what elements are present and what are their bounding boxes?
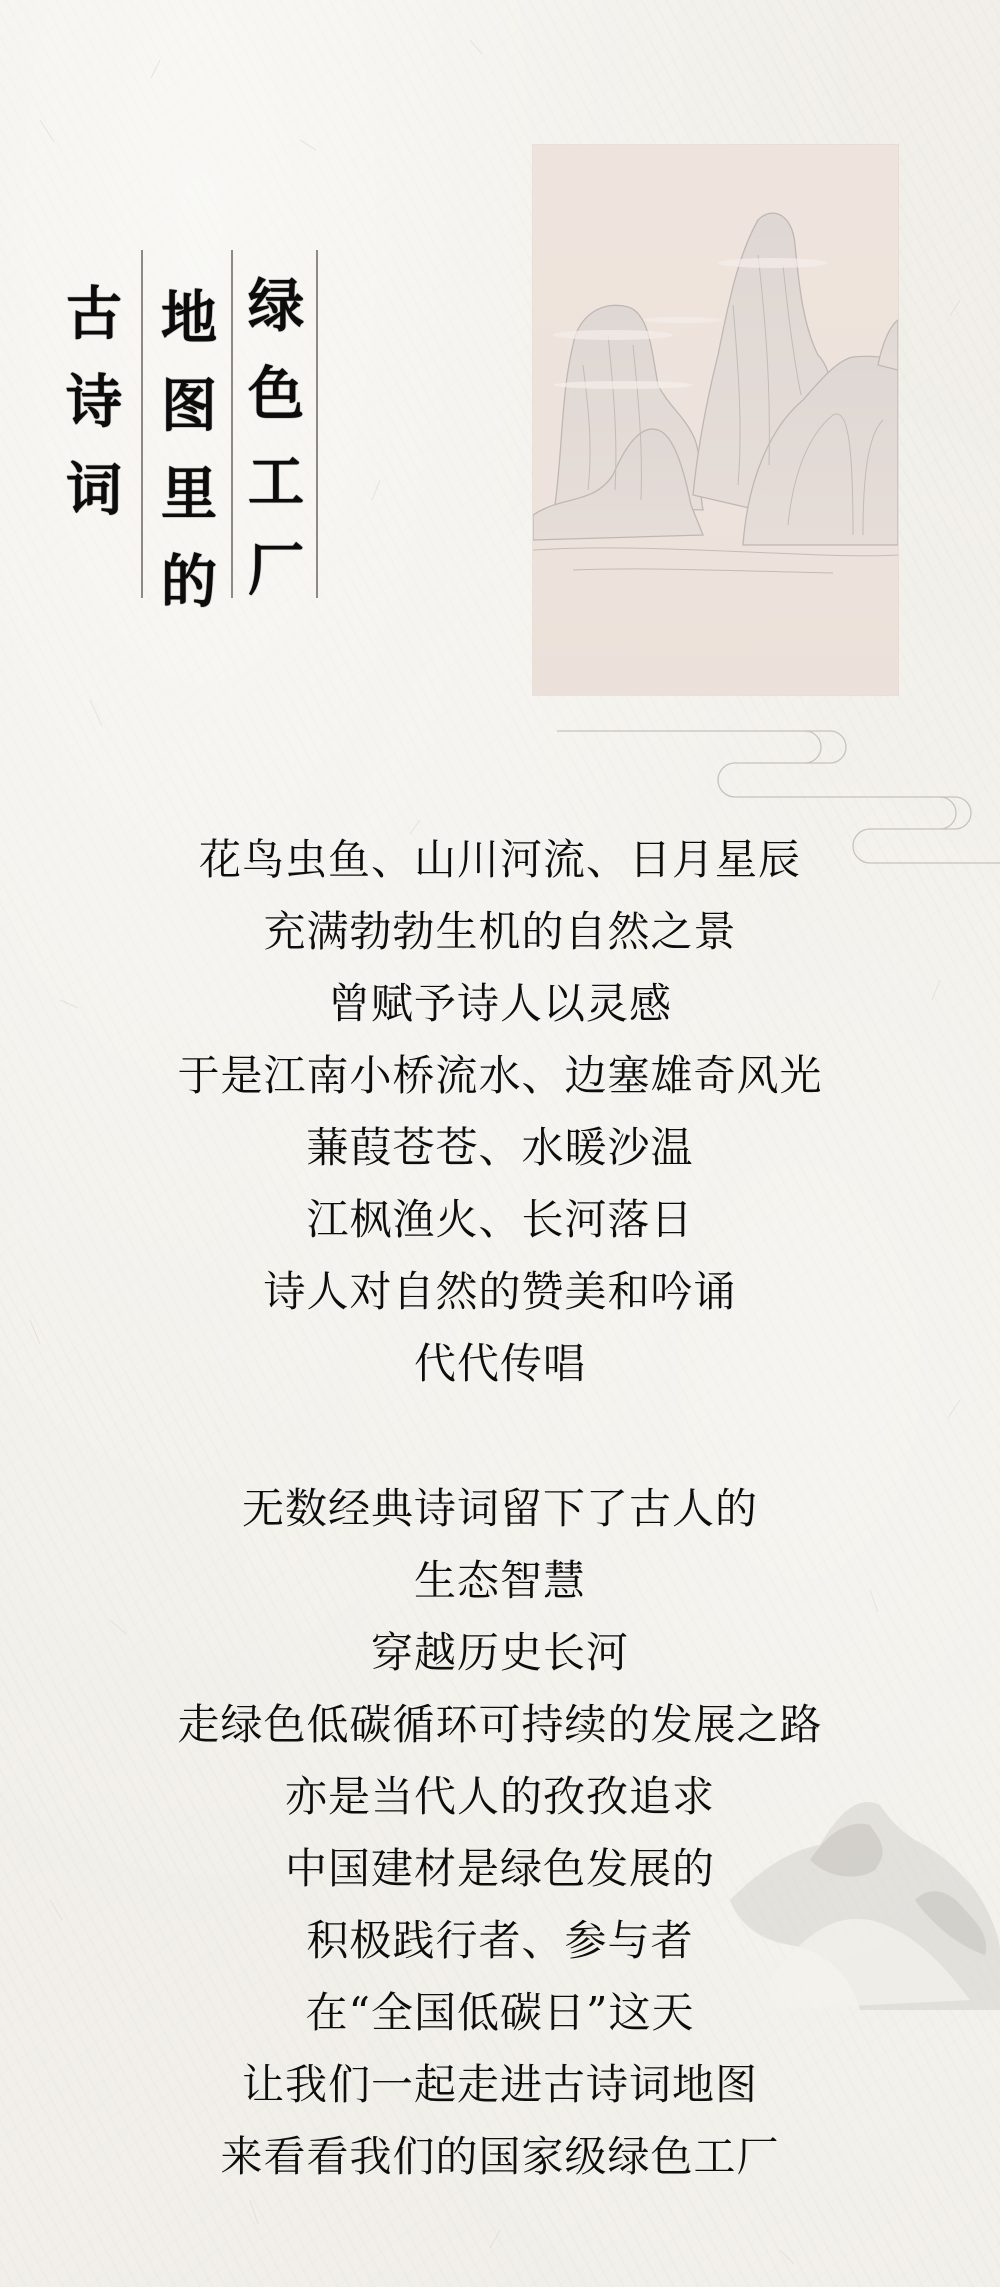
poem-stanza-1: 花鸟虫鱼、山川河流、日月星辰 充满勃勃生机的自然之景 曾赋予诗人以灵感 于是江南… xyxy=(0,824,1000,1400)
poem-line: 曾赋予诗人以灵感 xyxy=(0,968,1000,1040)
title-column-1: 古 诗 词 xyxy=(50,270,138,534)
title-char: 词 xyxy=(66,445,122,535)
poem-line: 生态智慧 xyxy=(0,1545,1000,1617)
poem-line: 诗人对自然的赞美和吟诵 xyxy=(0,1256,1000,1328)
poem-line: 中国建材是绿色发展的 xyxy=(0,1833,1000,1905)
title-column-3: 绿 色 工 厂 xyxy=(234,262,318,614)
poem-line: 代代传唱 xyxy=(0,1328,1000,1400)
poem-line: 走绿色低碳循环可持续的发展之路 xyxy=(0,1689,1000,1761)
poem-stanza-2: 无数经典诗词留下了古人的 生态智慧 穿越历史长河 走绿色低碳循环可持续的发展之路… xyxy=(0,1473,1000,2193)
poem-line: 蒹葭苍苍、水暖沙温 xyxy=(0,1112,1000,1184)
poem-line: 花鸟虫鱼、山川河流、日月星辰 xyxy=(0,824,1000,896)
title-char: 图 xyxy=(161,361,217,451)
title-divider xyxy=(141,250,143,598)
poem-line: 让我们一起走进古诗词地图 xyxy=(0,2049,1000,2121)
poem-line: 积极践行者、参与者 xyxy=(0,1905,1000,1977)
title-char: 绿 xyxy=(248,261,304,351)
mountain-landscape-icon xyxy=(533,145,898,695)
poem-line: 江枫渔火、长河落日 xyxy=(0,1184,1000,1256)
title-column-2: 地 图 里 的 xyxy=(148,274,230,626)
title-char: 诗 xyxy=(66,357,122,447)
poem-line: 穿越历史长河 xyxy=(0,1617,1000,1689)
poem-line: 来看看我们的国家级绿色工厂 xyxy=(0,2121,1000,2193)
title-char: 厂 xyxy=(248,525,304,615)
title-char: 古 xyxy=(66,269,122,359)
title-divider xyxy=(231,250,233,598)
poem-line: 于是江南小桥流水、边塞雄奇风光 xyxy=(0,1040,1000,1112)
poem-line: 充满勃勃生机的自然之景 xyxy=(0,896,1000,968)
title-divider xyxy=(316,250,318,598)
title-char: 色 xyxy=(248,349,304,439)
mountain-painting xyxy=(533,145,898,695)
title-char: 工 xyxy=(248,437,304,527)
title-char: 地 xyxy=(161,273,217,363)
poem-line: 在“全国低碳日”这天 xyxy=(0,1977,1000,2049)
title-char: 里 xyxy=(161,449,217,539)
title-char: 的 xyxy=(161,537,217,627)
poem-line: 无数经典诗词留下了古人的 xyxy=(0,1473,1000,1545)
poem-line: 亦是当代人的孜孜追求 xyxy=(0,1761,1000,1833)
vertical-title: 古 诗 词 地 图 里 的 绿 色 工 厂 xyxy=(50,250,320,600)
